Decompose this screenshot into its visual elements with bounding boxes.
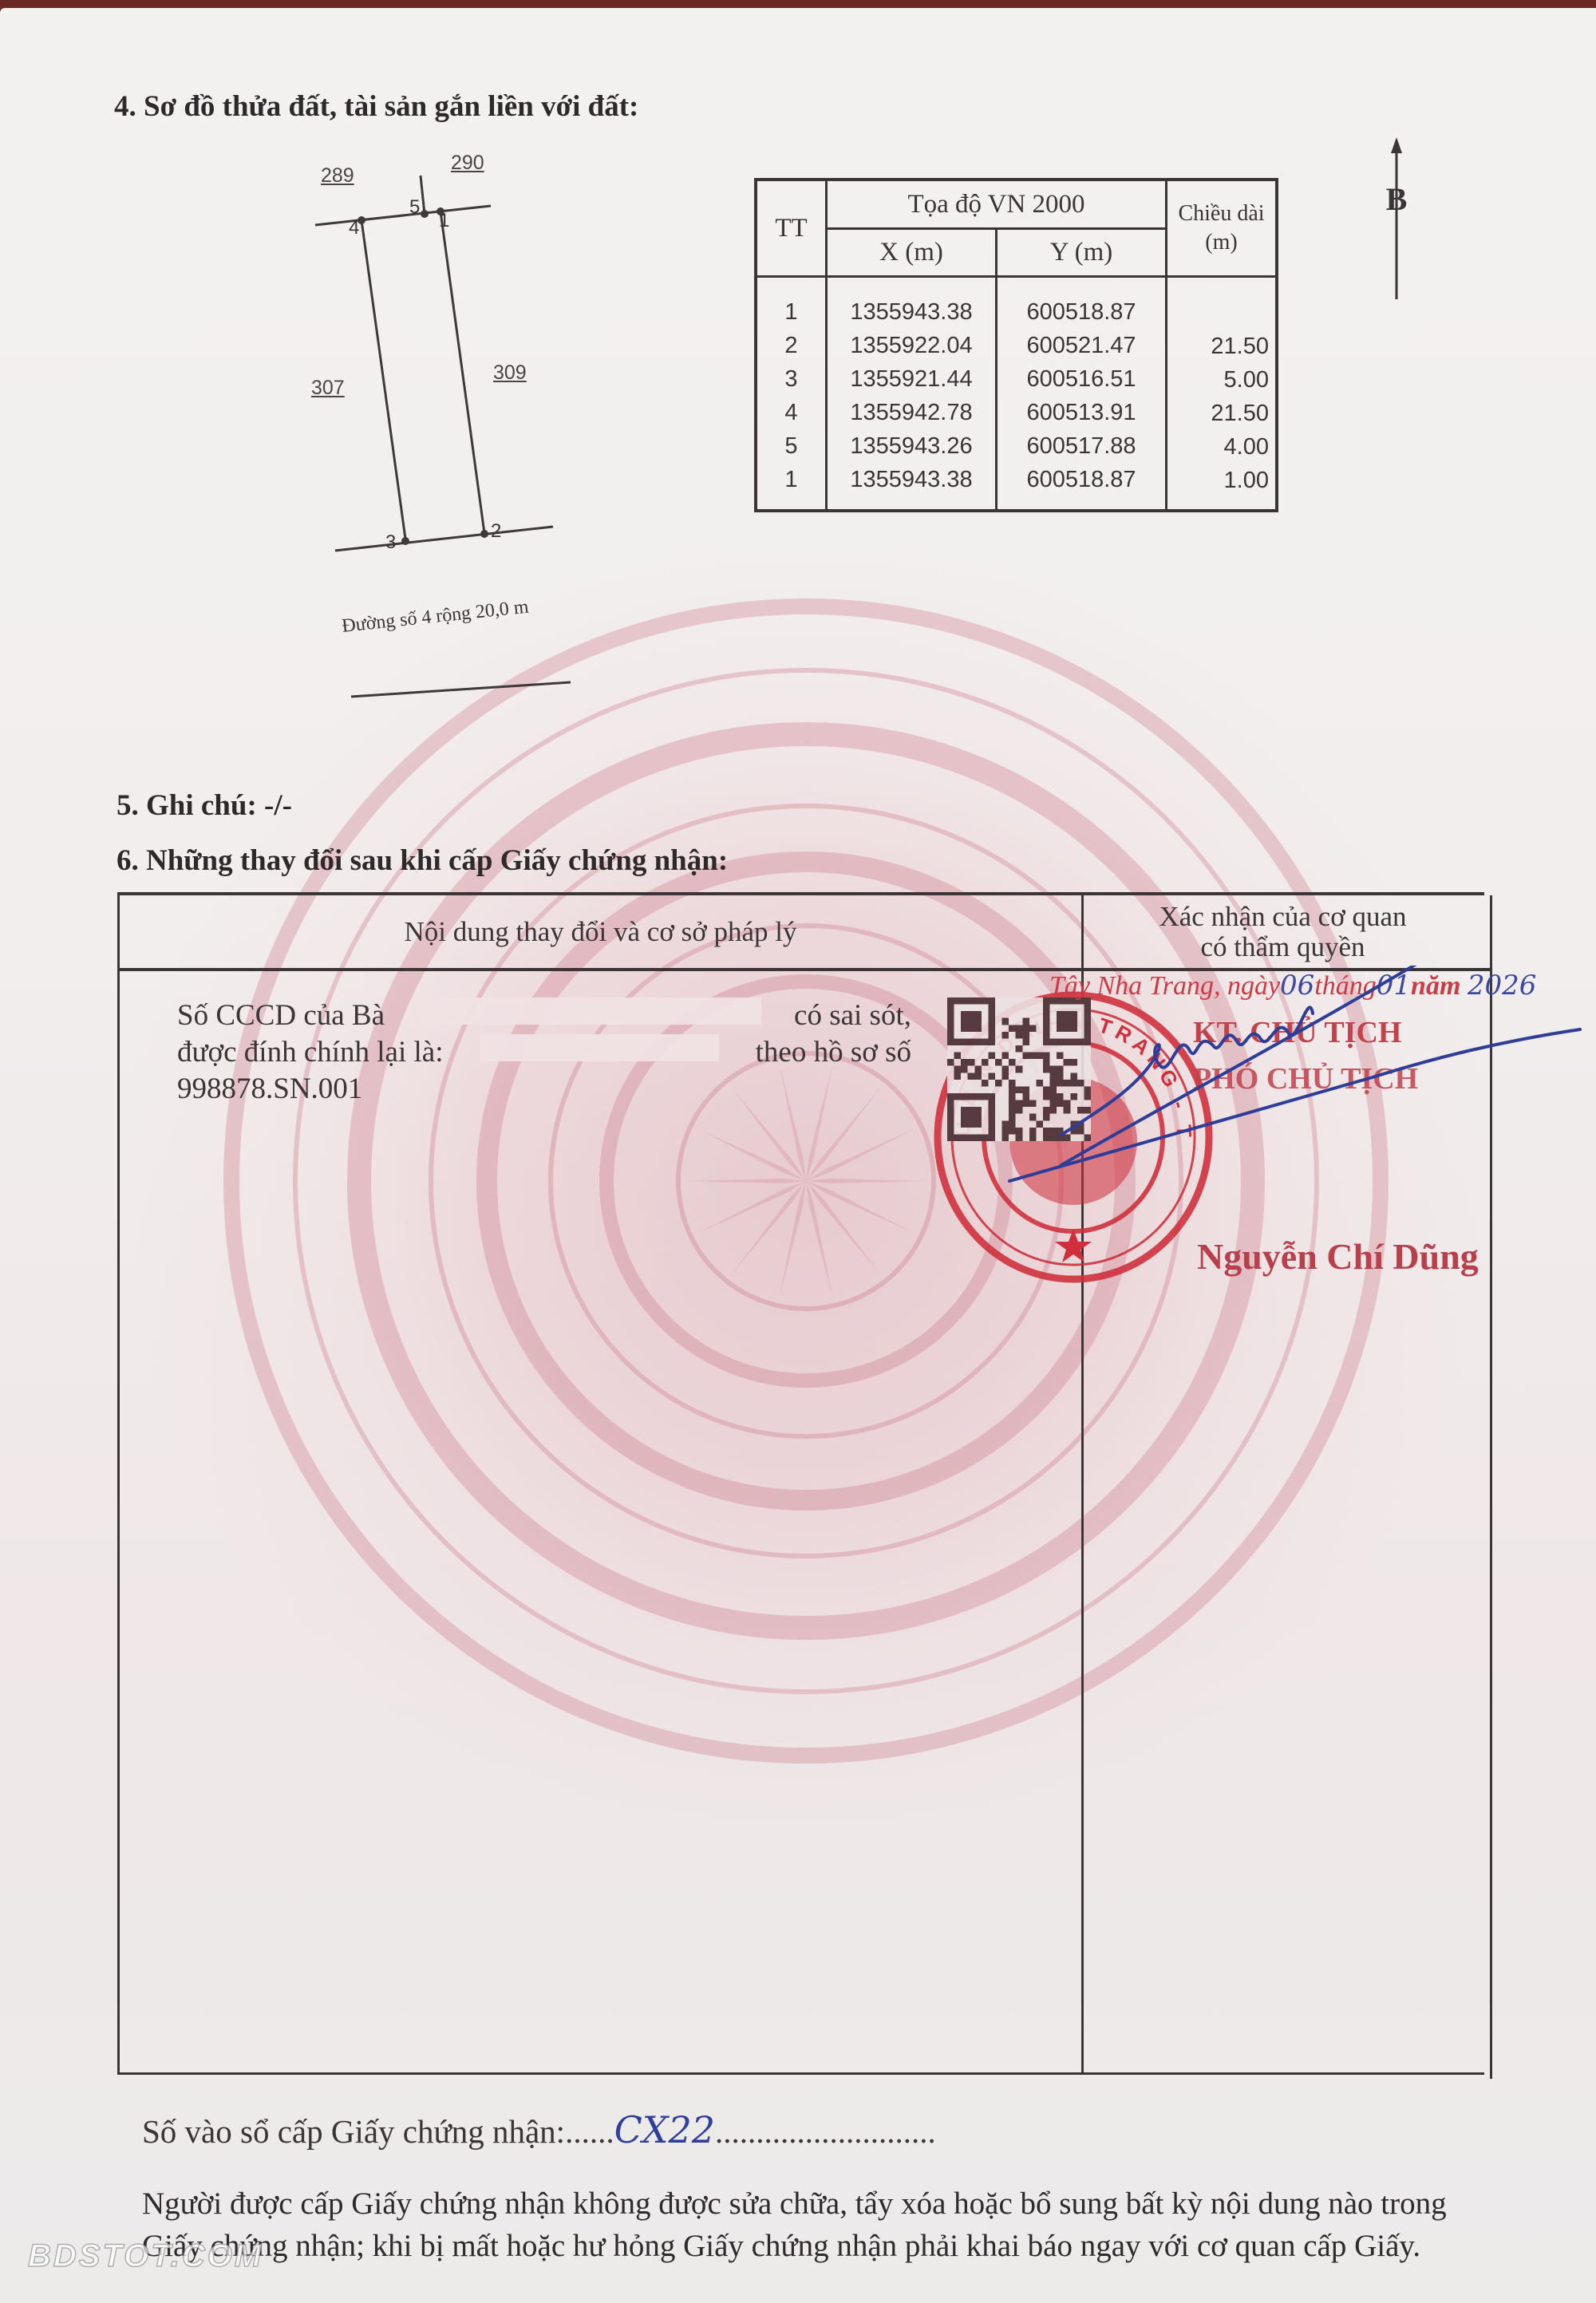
content-line-2-start: được đính chính lại là: [177, 1034, 444, 1071]
vertex-label-5: 5 [409, 196, 420, 219]
signer-name: Nguyễn Chí Dũng [1197, 1235, 1479, 1278]
register-dots-after: ........................... [715, 2113, 936, 2150]
place-date-prefix: Tây Nha Trang, ngày [1049, 971, 1280, 1001]
vertex-label-4: 4 [349, 217, 359, 239]
legal-notice: Người được cấp Giấy chứng nhận không đượ… [142, 2183, 1515, 2267]
road-line [343, 670, 583, 702]
point-number: 3 [757, 362, 825, 396]
x-coordinate: 1355921.44 [828, 362, 995, 396]
point-number: 2 [757, 329, 825, 362]
road-label: Đường số 4 rộng 20,0 m [341, 597, 530, 638]
register-number-line: Số vào sổ cấp Giấy chứng nhận:......CX22… [142, 2108, 936, 2151]
x-coordinate: 1355943.38 [828, 463, 995, 496]
parcel-sketch [303, 136, 622, 583]
point-number: 4 [757, 396, 825, 429]
register-label: Số vào sổ cấp Giấy chứng nhận: [142, 2113, 565, 2150]
header-y: Y (m) [997, 229, 1167, 277]
signatory-title-2: PHÓ CHỦ TỊCH [1193, 1061, 1418, 1096]
signatory-title-1: KT. CHỦ TỊCH [1193, 1015, 1401, 1050]
vertex-label-3: 3 [385, 531, 396, 554]
dossier-number: 998878.SN.001 [177, 1071, 362, 1108]
parcel-label-289: 289 [321, 164, 354, 188]
header-x: X (m) [827, 229, 997, 277]
year-value: 2026 [1468, 970, 1537, 1001]
register-dots: ...... [565, 2113, 614, 2150]
x-coordinate: 1355922.04 [828, 329, 995, 362]
content-line-1-end: có sai sót, [794, 997, 911, 1034]
x-coordinate: 1355943.38 [828, 295, 995, 329]
point-number: 1 [757, 295, 825, 329]
change-content: Số CCCD của Bà có sai sót, được đính chí… [177, 997, 911, 1108]
parcel-label-307: 307 [311, 377, 345, 400]
qr-code-icon[interactable] [947, 997, 1091, 1141]
changes-header-content: Nội dung thay đổi và cơ sở pháp lý [120, 916, 1081, 948]
section-5-note: 5. Ghi chú: -/- [117, 788, 292, 823]
y-coordinate: 600513.91 [997, 396, 1165, 429]
vertex-label-2: 2 [491, 520, 501, 543]
x-column: 1355943.381355922.041355921.441355942.78… [828, 278, 995, 496]
coordinate-table: TT Tọa độ VN 2000 Chiều dài (m) X (m) Y … [754, 178, 1278, 512]
month-value: 01 [1377, 970, 1411, 1001]
x-coordinate: 1355942.78 [828, 396, 995, 429]
point-number: 1 [757, 463, 825, 496]
x-coordinate: 1355943.26 [828, 429, 995, 463]
header-line-1: Xác nhận của cơ quan [1081, 902, 1484, 932]
redacted-name [418, 997, 761, 1025]
header-coord-system: Tọa độ VN 2000 [827, 180, 1167, 229]
point-number: 5 [757, 429, 825, 463]
content-line-1-start: Số CCCD của Bà [177, 997, 385, 1034]
header-tt: TT [756, 180, 827, 277]
tt-column: 123451 [757, 278, 825, 496]
y-coordinate: 600516.51 [997, 362, 1165, 396]
certificate-page: 4. Sơ đồ thửa đất, tài sản gắn liền với … [0, 8, 1596, 2303]
north-label: B [1373, 180, 1420, 218]
y-coordinate: 600517.88 [997, 429, 1165, 463]
y-coordinate: 600521.47 [997, 329, 1165, 362]
edge-length: 4.00 [1167, 430, 1269, 464]
parcel-label-309: 309 [493, 361, 527, 385]
month-label: tháng [1314, 971, 1376, 1001]
y-coordinate: 600518.87 [997, 463, 1165, 496]
year-label: năm [1411, 971, 1460, 1001]
length-column: 21.505.0021.504.001.00 [1167, 278, 1275, 497]
redacted-id [480, 1034, 719, 1061]
y-column: 600518.87600521.47600516.51600513.916005… [997, 278, 1165, 496]
section-4-title: 4. Sơ đồ thửa đất, tài sản gắn liền với … [114, 89, 638, 124]
edge-length: 5.00 [1167, 363, 1269, 397]
day-value: 06 [1280, 970, 1314, 1001]
register-value: CX22 [614, 2108, 715, 2151]
section-6-title: 6. Những thay đổi sau khi cấp Giấy chứng… [117, 843, 728, 878]
north-arrow-icon: B [1373, 136, 1420, 303]
content-line-2-end: theo hồ sơ số [756, 1034, 911, 1071]
edge-length: 21.50 [1167, 330, 1269, 363]
edge-length: 21.50 [1167, 397, 1269, 430]
header-line-2: có thẩm quyền [1081, 932, 1484, 962]
y-coordinate: 600518.87 [997, 295, 1165, 329]
confirmation-date: Tây Nha Trang, ngày06tháng01năm 2026 [1049, 970, 1536, 1001]
vertex-label-1: 1 [439, 210, 449, 232]
header-length: Chiều dài (m) [1167, 180, 1278, 277]
site-watermark: BDSTOT.COM [28, 2238, 263, 2274]
parcel-label-290: 290 [451, 152, 484, 175]
edge-length: 1.00 [1167, 464, 1269, 497]
changes-header-confirmation: Xác nhận của cơ quan có thẩm quyền [1081, 902, 1484, 962]
